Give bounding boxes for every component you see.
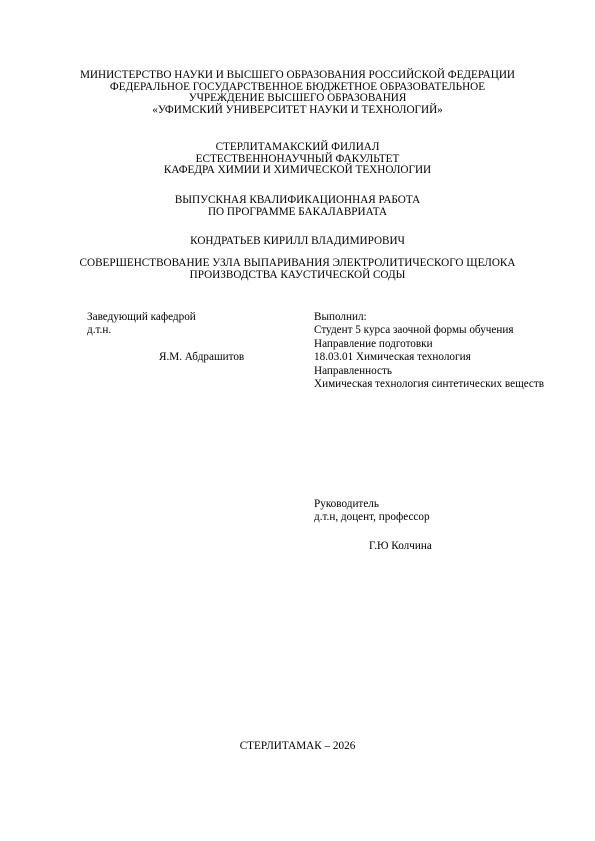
ministry-header: МИНИСТЕРСТВО НАУКИ И ВЫСШЕГО ОБРАЗОВАНИЯ… <box>0 70 595 116</box>
ministry-line: МИНИСТЕРСТВО НАУКИ И ВЫСШЕГО ОБРАЗОВАНИЯ… <box>0 70 595 82</box>
branch-header: СТЕРЛИТАМАКСКИЙ ФИЛИАЛ ЕСТЕСТВЕННОНАУЧНЫ… <box>0 142 595 177</box>
student-line: Направление подготовки <box>314 338 544 351</box>
student-line: 18.03.01 Химическая технология <box>314 351 544 364</box>
head-title: Заведующий кафедрой <box>87 311 196 324</box>
student-line: Студент 5 курса заочной формы обучения <box>314 324 544 337</box>
work-type-line: ПО ПРОГРАММЕ БАКАЛАВРИАТА <box>0 207 595 219</box>
supervisor-title: Руководитель <box>314 498 430 511</box>
supervisor-degree: д.т.н, доцент, профессор <box>314 511 430 524</box>
head-signature: Я.М. Абдрашитов <box>159 351 244 364</box>
supervisor-signature: Г.Ю Колчина <box>369 540 432 553</box>
footer-city-year: СТЕРЛИТАМАК – 2026 <box>0 741 595 753</box>
author-name-text: КОНДРАТЬЕВ КИРИЛЛ ВЛАДИМИРОВИЧ <box>0 236 595 248</box>
student-line: Выполнил: <box>314 311 544 324</box>
branch-line: КАФЕДРА ХИМИИ И ХИМИЧЕСКОЙ ТЕХНОЛОГИИ <box>0 165 595 177</box>
student-line: Направленность <box>314 365 544 378</box>
thesis-topic: СОВЕРШЕНСТВОВАНИЕ УЗЛА ВЫПАРИВАНИЯ ЭЛЕКТ… <box>0 258 595 281</box>
footer-text: СТЕРЛИТАМАК – 2026 <box>0 741 595 753</box>
head-degree: д.т.н. <box>87 324 196 337</box>
head-of-department-block: Заведующий кафедрой д.т.н. <box>87 311 196 338</box>
ministry-line: «УФИМСКИЙ УНИВЕРСИТЕТ НАУКИ И ТЕХНОЛОГИЙ… <box>0 105 595 117</box>
branch-line: СТЕРЛИТАМАКСКИЙ ФИЛИАЛ <box>0 142 595 154</box>
topic-line: ПРОИЗВОДСТВА КАУСТИЧЕСКОЙ СОДЫ <box>0 270 595 282</box>
work-type-line: ВЫПУСКНАЯ КВАЛИФИКАЦИОННАЯ РАБОТА <box>0 195 595 207</box>
head-name: Я.М. Абдрашитов <box>159 351 244 364</box>
supervisor-name: Г.Ю Колчина <box>369 540 432 553</box>
work-type: ВЫПУСКНАЯ КВАЛИФИКАЦИОННАЯ РАБОТА ПО ПРО… <box>0 195 595 218</box>
student-line: Химическая технология синтетических веще… <box>314 378 544 391</box>
author-name: КОНДРАТЬЕВ КИРИЛЛ ВЛАДИМИРОВИЧ <box>0 236 595 248</box>
topic-line: СОВЕРШЕНСТВОВАНИЕ УЗЛА ВЫПАРИВАНИЯ ЭЛЕКТ… <box>0 258 595 270</box>
student-block: Выполнил: Студент 5 курса заочной формы … <box>314 311 544 391</box>
supervisor-block: Руководитель д.т.н, доцент, профессор <box>314 498 430 525</box>
